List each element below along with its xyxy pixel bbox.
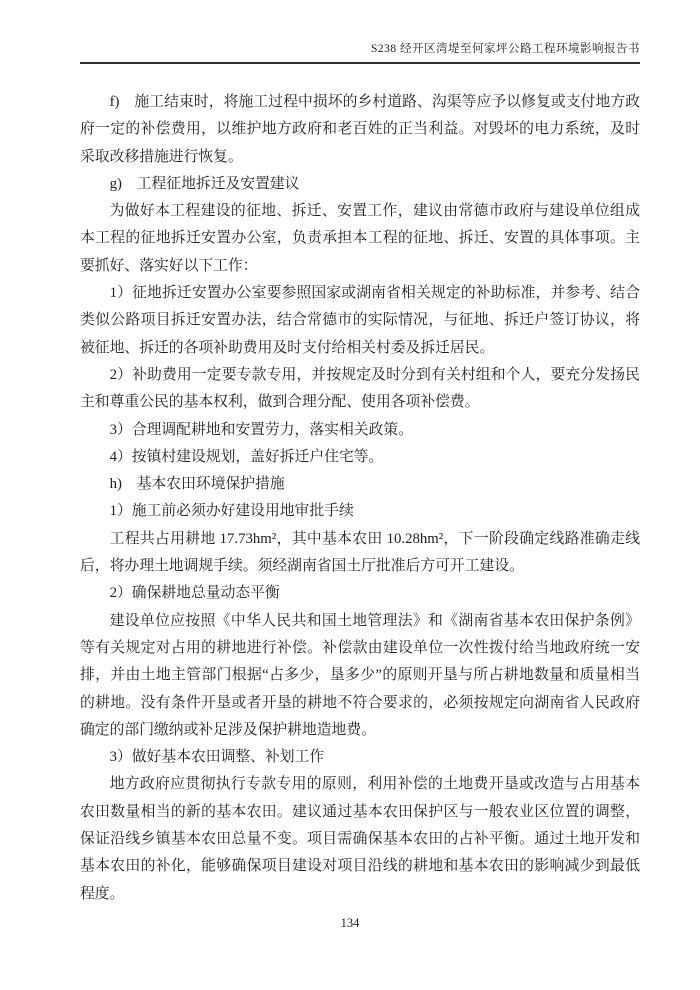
paragraph: 3）合理调配耕地和安置劳力，落实相关政策。 xyxy=(80,417,640,444)
paragraph: 建设单位应按照《中华人民共和国土地管理法》和《湖南省基本农田保护条例》等有关规定… xyxy=(80,608,640,744)
paragraph: 1）施工前必须办好建设用地审批手续 xyxy=(80,498,640,525)
paragraph: f) 施工结束时，将施工过程中损坏的乡村道路、沟渠等应予以修复或支付地方政府一定… xyxy=(80,89,640,171)
paragraph: 地方政府应贯彻执行专款专用的原则，利用补偿的土地费开垦或改造与占用基本农田数量相… xyxy=(80,771,640,907)
document-page: S238 经开区湾堤至何家坪公路工程环境影响报告书 f) 施工结束时，将施工过程… xyxy=(0,0,700,990)
paragraph: 1）征地拆迁安置办公室要参照国家或湖南省相关规定的补助标准，并参考、结合类似公路… xyxy=(80,280,640,362)
page-header: S238 经开区湾堤至何家坪公路工程环境影响报告书 xyxy=(80,42,640,64)
running-header-title: S238 经开区湾堤至何家坪公路工程环境影响报告书 xyxy=(371,43,640,55)
paragraph: 工程共占用耕地 17.73hm²，其中基本农田 10.28hm²，下一阶段确定线… xyxy=(80,526,640,581)
paragraph: 4）按镇村建设规划，盖好拆迁户住宅等。 xyxy=(80,444,640,471)
page-number: 134 xyxy=(341,916,360,930)
paragraph: 为做好本工程建设的征地、拆迁、安置工作，建议由常德市政府与建设单位组成本工程的征… xyxy=(80,198,640,280)
paragraph: 2）补助费用一定要专款专用，并按规定及时分到有关村组和个人，要充分发扬民主和尊重… xyxy=(80,362,640,417)
page-footer: 134 xyxy=(0,916,700,931)
paragraph: h) 基本农田环境保护措施 xyxy=(80,471,640,498)
paragraph: g) 工程征地拆迁及安置建议 xyxy=(80,171,640,198)
paragraph: 3）做好基本农田调整、补划工作 xyxy=(80,744,640,771)
text-column: S238 经开区湾堤至何家坪公路工程环境影响报告书 f) 施工结束时，将施工过程… xyxy=(80,42,640,908)
paragraph: 2）确保耕地总量动态平衡 xyxy=(80,580,640,607)
document-body: f) 施工结束时，将施工过程中损坏的乡村道路、沟渠等应予以修复或支付地方政府一定… xyxy=(80,89,640,908)
